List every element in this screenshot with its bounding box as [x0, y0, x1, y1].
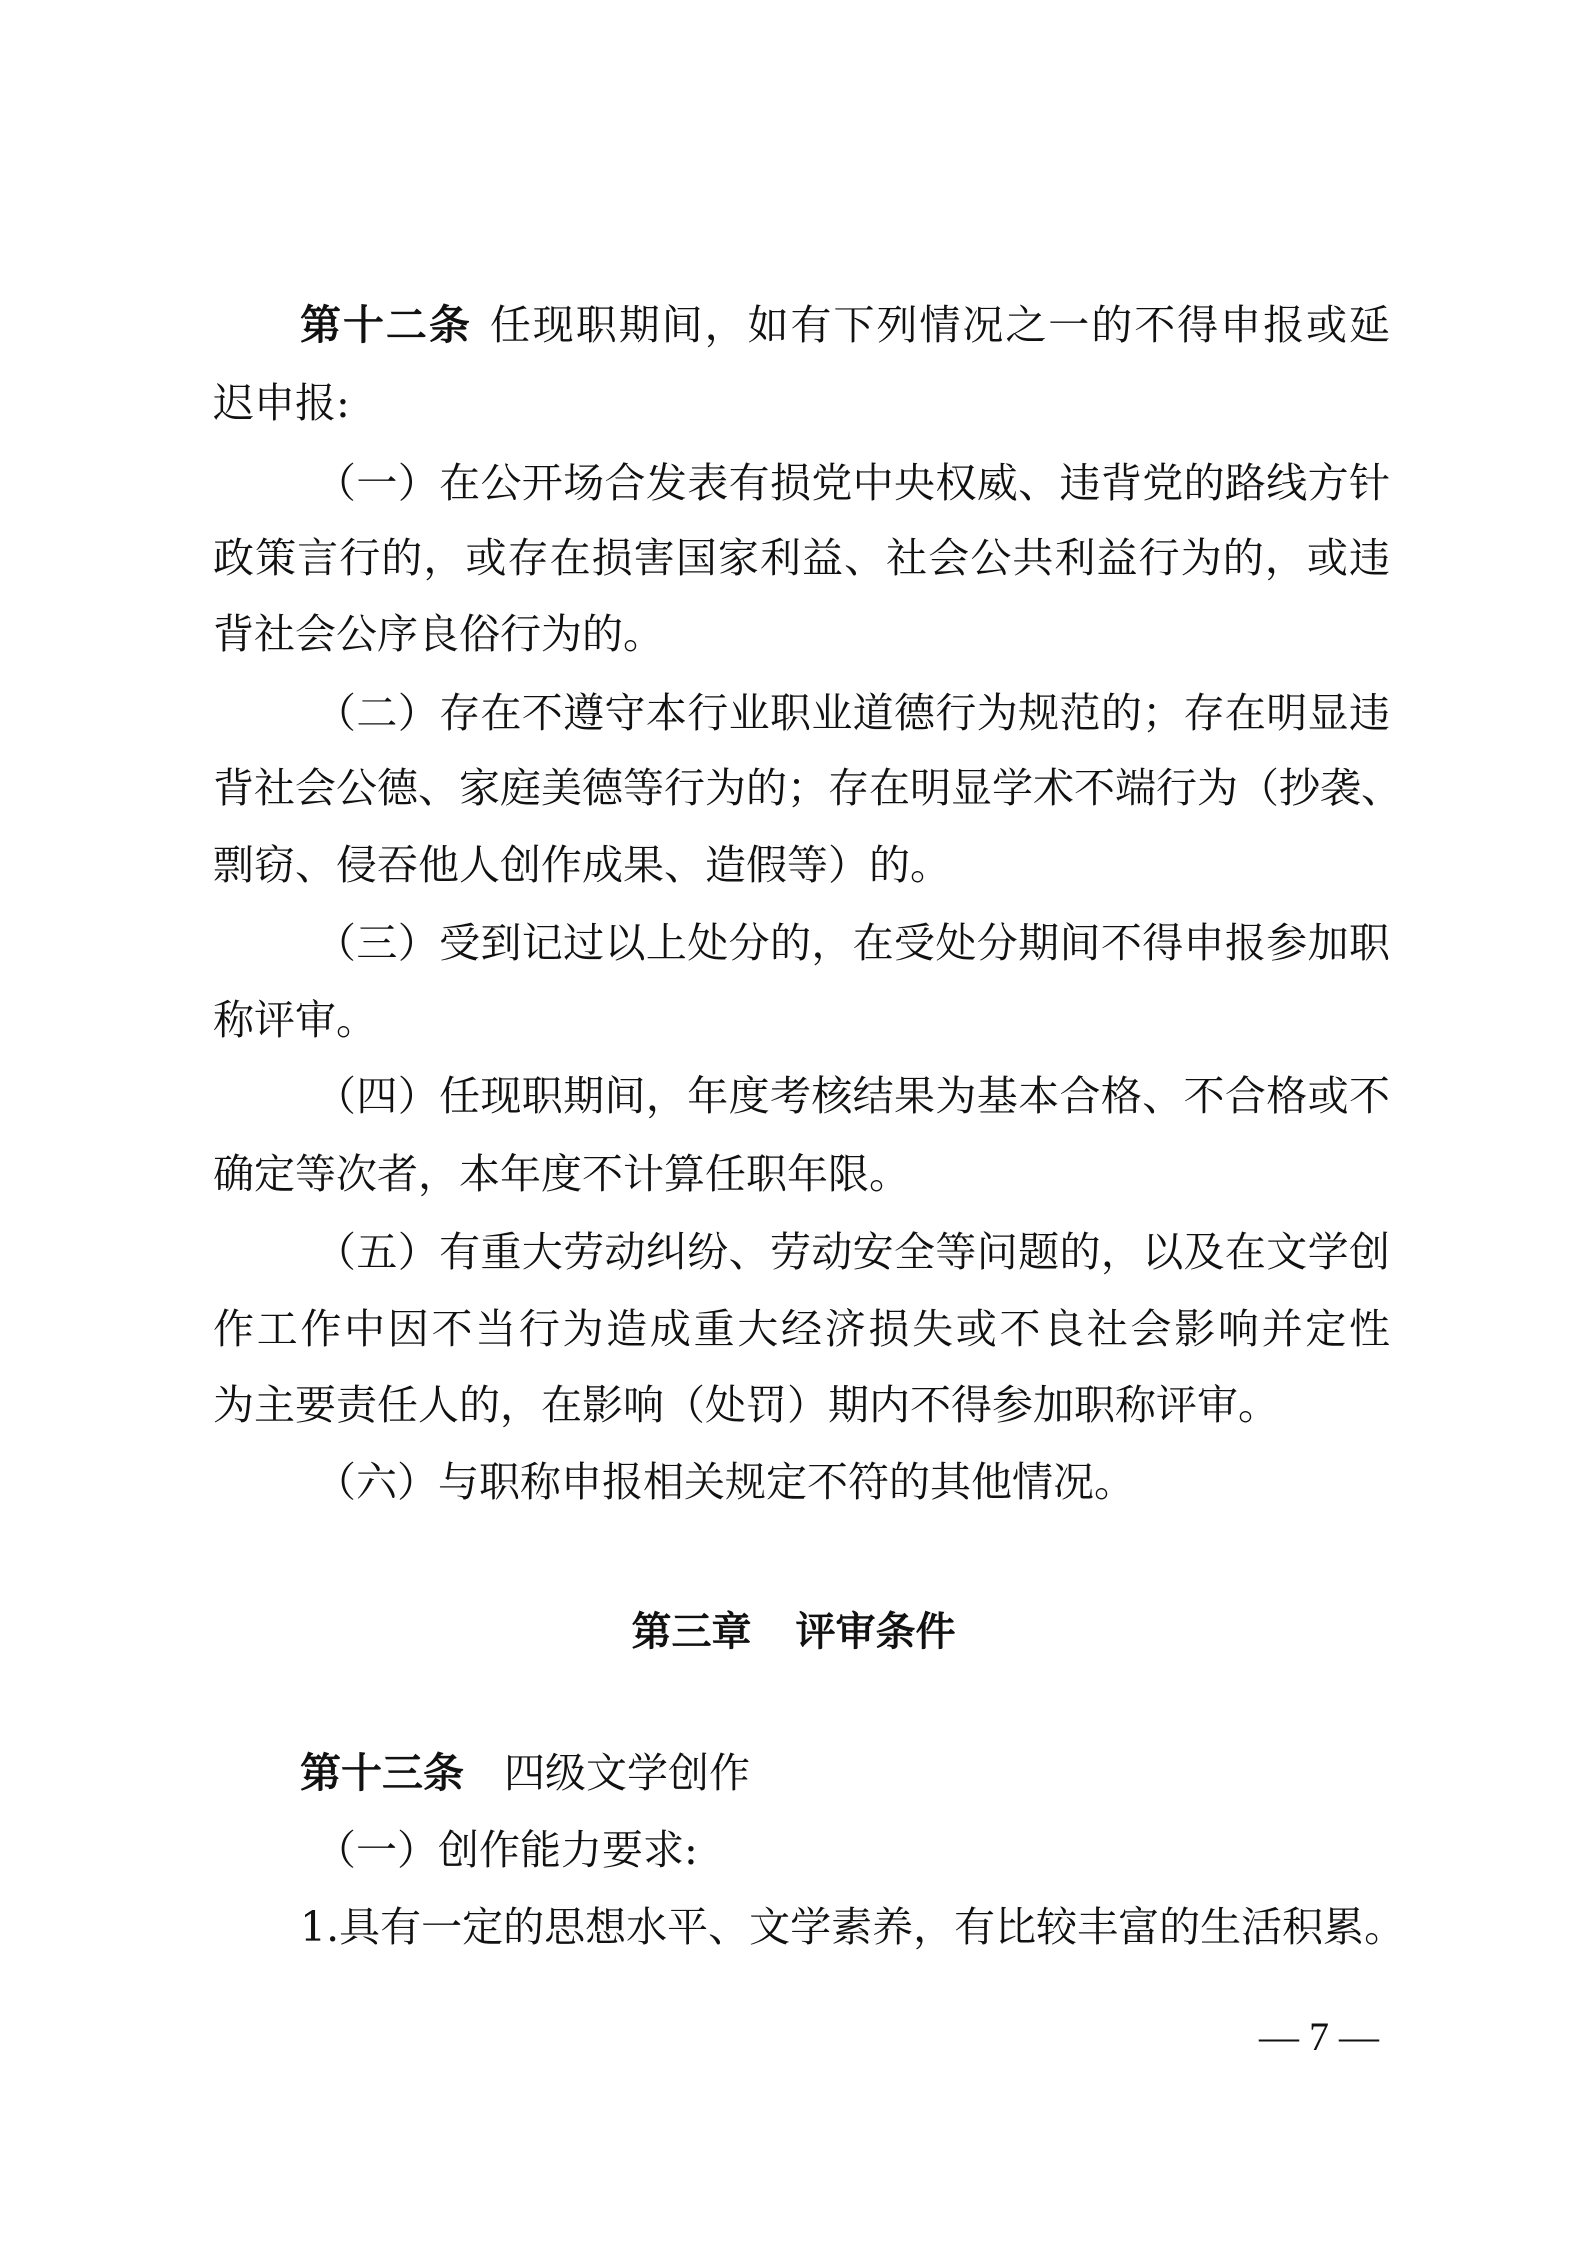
item-3-line-2: 称评审。 — [213, 992, 1390, 1048]
item-4-line-2: 确定等次者，本年度不计算任职年限。 — [213, 1146, 1390, 1202]
article-13-subject: 四级文学创作 — [504, 1749, 750, 1797]
item-5-line-3: 为主要责任人的，在影响（处罚）期内不得参加职称评审。 — [213, 1377, 1390, 1433]
chapter-heading: 第三章评审条件 — [0, 1604, 1587, 1660]
item-5-line-2: 作工作中因不当行为造成重大经济损失或不良社会影响并定性 — [213, 1301, 1390, 1357]
item-1-line-1: （一）在公开场合发表有损党中央权威、违背党的路线方针 — [315, 455, 1390, 511]
article-13-point-1: 1.具有一定的思想水平、文学素养，有比较丰富的生活积累。 — [300, 1899, 1390, 1955]
article-13-section-1: （一）创作能力要求: — [315, 1822, 1390, 1878]
article-13-title: 第十三条 — [300, 1749, 464, 1797]
item-2-line-1: （二）存在不遵守本行业职业道德行为规范的；存在明显违 — [315, 685, 1390, 741]
page-number: — 7 — — [1248, 2012, 1390, 2062]
item-5-line-1: （五）有重大劳动纠纷、劳动安全等问题的，以及在文学创 — [315, 1224, 1390, 1280]
article-13-first-line: 第十三条四级文学创作 — [300, 1745, 1390, 1801]
item-1-line-2: 政策言行的，或存在损害国家利益、社会公共利益行为的，或违 — [213, 530, 1390, 586]
item-2-line-2: 背社会公德、家庭美德等行为的；存在明显学术不端行为（抄袭、 — [213, 760, 1390, 816]
item-3-line-1: （三）受到记过以上处分的，在受处分期间不得申报参加职 — [315, 915, 1390, 971]
article-12-text: 任现职期间，如有下列情况之一的不得申报或延 — [490, 301, 1390, 349]
article-12-first-line: 第十二条任现职期间，如有下列情况之一的不得申报或延 — [300, 297, 1390, 353]
item-2-line-3: 剽窃、侵吞他人创作成果、造假等）的。 — [213, 837, 1390, 893]
article-12-continuation: 迟申报: — [213, 375, 1390, 431]
item-1-line-3: 背社会公序良俗行为的。 — [213, 606, 1390, 662]
chapter-title: 评审条件 — [796, 1609, 956, 1655]
item-6-line-1: （六）与职称申报相关规定不符的其他情况。 — [315, 1454, 1390, 1510]
chapter-number: 第三章 — [632, 1609, 752, 1655]
article-12-title: 第十二条 — [300, 301, 472, 349]
item-4-line-1: （四）任现职期间，年度考核结果为基本合格、不合格或不 — [315, 1068, 1390, 1124]
document-page: 第十二条任现职期间，如有下列情况之一的不得申报或延 迟申报: （一）在公开场合发… — [0, 0, 1587, 2245]
